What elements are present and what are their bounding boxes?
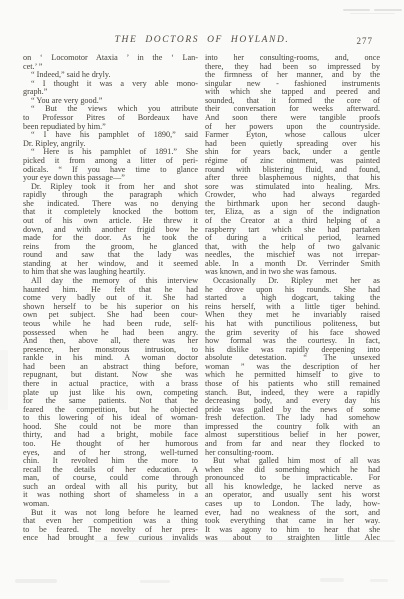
scan-artifact bbox=[320, 578, 344, 582]
text-line: it was nothing short of shameless in a bbox=[23, 491, 198, 500]
scan-artifact bbox=[370, 579, 388, 582]
page-header: THE DOCTORS OF HOYLAND. 277 bbox=[23, 35, 381, 48]
scan-artifact bbox=[374, 9, 402, 11]
text-line: ence had brought a few curious invalids bbox=[23, 534, 198, 543]
scan-artifact bbox=[140, 580, 170, 583]
book-page: THE DOCTORS OF HOYLAND. 277 on ‘ Locomot… bbox=[0, 0, 404, 599]
right-column: into her consulting-rooms, and, oncether… bbox=[205, 54, 380, 543]
left-column: on ‘ Locomotor Ataxia ’ in the ‘ Lan-cet… bbox=[23, 54, 198, 543]
scan-artifact bbox=[350, 13, 395, 14]
text-line: on ‘ Locomotor Ataxia ’ in the ‘ Lan- bbox=[23, 54, 198, 63]
page-number: 277 bbox=[357, 36, 374, 46]
running-title: THE DOCTORS OF HOYLAND. bbox=[23, 35, 381, 45]
text-line: was about to straighten little Alec bbox=[205, 534, 380, 543]
text-line: “ I thought it was a very able mono- bbox=[23, 80, 198, 89]
scan-artifact bbox=[15, 579, 57, 583]
scan-artifact bbox=[0, 350, 8, 410]
scan-artifact bbox=[343, 9, 370, 11]
text-columns: on ‘ Locomotor Ataxia ’ in the ‘ Lan-cet… bbox=[23, 54, 380, 543]
